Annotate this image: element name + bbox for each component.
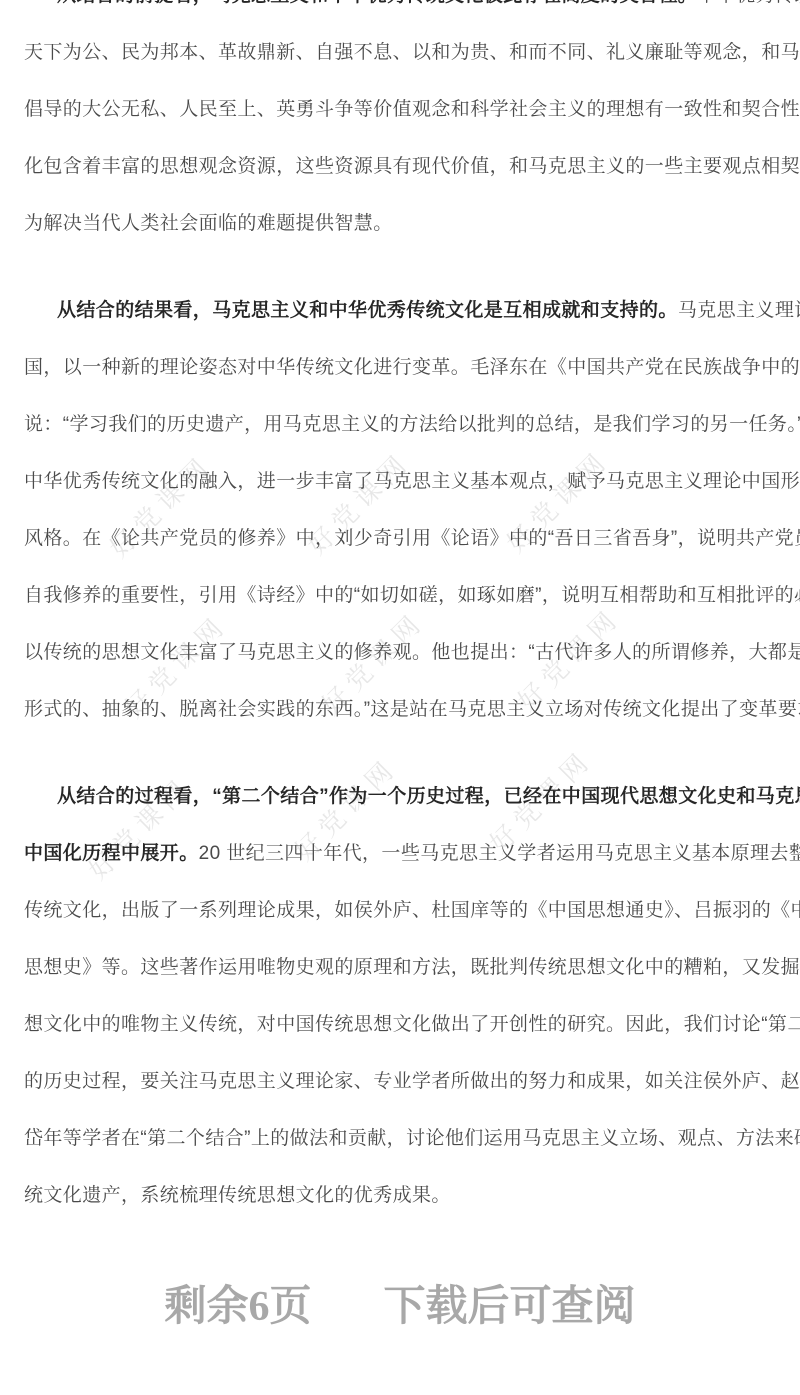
document-body: 从结合的前提看，马克思主义和中华优秀传统文化彼此存在高度的契合性。中华优秀传统文… [24, 0, 776, 1335]
paragraph-2: 从结合的结果看，马克思主义和中华优秀传统文化是互相成就和支持的。马克思主义理论传… [24, 282, 776, 738]
text-segment: 想文化中的唯物主义传统，对中国传统思想文化做出了开创性的研究。因此，我们讨论“第… [24, 1014, 800, 1035]
text-segment: 20 世纪三四十年代，一些马克思主义学者运用马克思主义基本原理去整理研究 [199, 843, 800, 864]
bold-text-segment: 从结合的结果看，马克思主义和中华优秀传统文化是互相成就和支持的。 [57, 300, 678, 321]
text-line: 形式的、抽象的、脱离社会实践的东西。”这是站在马克思主义立场对传统文化提出了变革… [24, 681, 776, 738]
remaining-pages-banner: 剩余6页下载后可查阅 [24, 1279, 776, 1335]
text-segment: 说：“学习我们的历史遗产，用马克思主义的方法给以批判的总结，是我们学习的另一任务… [24, 414, 800, 435]
text-line: 国，以一种新的理论姿态对中华传统文化进行变革。毛泽东在《中国共产党在民族战争中的… [24, 339, 776, 396]
text-line: 思想史》等。这些著作运用唯物史观的原理和方法，既批判传统思想文化中的糟粕，又发掘… [24, 939, 776, 996]
text-line: 化包含着丰富的思想观念资源，这些资源具有现代价值，和马克思主义的一些主要观点相契… [24, 138, 776, 195]
text-segment: 国，以一种新的理论姿态对中华传统文化进行变革。毛泽东在《中国共产党在民族战争中的… [24, 357, 800, 378]
text-segment: 传统文化，出版了一系列理论成果，如侯外庐、杜国庠等的《中国思想通史》、吕振羽的《… [24, 900, 800, 921]
text-segment: 风格。在《论共产党员的修养》中，刘少奇引用《论语》中的“吾日三省吾身”，说明共产… [24, 528, 800, 549]
bold-text-segment: 从结合的过程看，“第二个结合”作为一个历史过程，已经在中国现代思想文化史和马克思… [57, 786, 800, 807]
text-segment: 化包含着丰富的思想观念资源，这些资源具有现代价值，和马克思主义的一些主要观点相契… [24, 156, 800, 177]
text-line: 想文化中的唯物主义传统，对中国传统思想文化做出了开创性的研究。因此，我们讨论“第… [24, 996, 776, 1053]
text-line: 传统文化，出版了一系列理论成果，如侯外庐、杜国庠等的《中国思想通史》、吕振羽的《… [24, 882, 776, 939]
text-line: 自我修养的重要性，引用《诗经》中的“如切如磋，如琢如磨”，说明互相帮助和互相批评… [24, 567, 776, 624]
text-segment: 思想史》等。这些著作运用唯物史观的原理和方法，既批判传统思想文化中的糟粕，又发掘… [24, 957, 800, 978]
remaining-pages-label: 剩余6页 [164, 1284, 311, 1330]
text-line: 的历史过程，要关注马克思主义理论家、专业学者所做出的努力和成果，如关注侯外庐、赵… [24, 1053, 776, 1110]
text-segment: 天下为公、民为邦本、革故鼎新、自强不息、以和为贵、和而不同、礼义廉耻等观念，和马… [24, 42, 800, 63]
text-segment: 岱年等学者在“第二个结合”上的做法和贡献，讨论他们运用马克思主义立场、观点、方法… [24, 1128, 800, 1149]
bold-text-segment: 从结合的前提看，马克思主义和中华优秀传统文化彼此存在高度的契合性。 [57, 0, 697, 6]
text-segment: 中华优秀传统文化的融入，进一步丰富了马克思主义基本观点，赋予马克思主义理论中国形… [24, 471, 800, 492]
text-segment: 的历史过程，要关注马克思主义理论家、专业学者所做出的努力和成果，如关注侯外庐、赵… [24, 1071, 800, 1092]
text-line: 中华优秀传统文化的融入，进一步丰富了马克思主义基本观点，赋予马克思主义理论中国形… [24, 453, 776, 510]
clipped-text-line: 从结合的前提看，马克思主义和中华优秀传统文化彼此存在高度的契合性。中华优秀传统文… [24, 0, 776, 24]
text-segment: 以传统的思想文化丰富了马克思主义的修养观。他也提出：“古代许多人的所谓修养，大都… [24, 642, 800, 663]
text-line: 风格。在《论共产党员的修养》中，刘少奇引用《论语》中的“吾日三省吾身”，说明共产… [24, 510, 776, 567]
text-segment: 为解决当代人类社会面临的难题提供智慧。 [24, 213, 393, 234]
download-hint-label: 下载后可查阅 [384, 1284, 636, 1330]
text-line: 天下为公、民为邦本、革故鼎新、自强不息、以和为贵、和而不同、礼义廉耻等观念，和马… [24, 24, 776, 81]
text-line: 倡导的大公无私、人民至上、英勇斗争等价值观念和科学社会主义的理想有一致性和契合性… [24, 81, 776, 138]
text-line: 从结合的过程看，“第二个结合”作为一个历史过程，已经在中国现代思想文化史和马克思… [24, 768, 776, 825]
text-segment: 形式的、抽象的、脱离社会实践的东西。”这是站在马克思主义立场对传统文化提出了变革… [24, 699, 800, 720]
text-segment: 马克思主义理论传入中 [678, 300, 800, 321]
text-line: 岱年等学者在“第二个结合”上的做法和贡献，讨论他们运用马克思主义立场、观点、方法… [24, 1110, 776, 1167]
bold-text-segment: 中国化历程中展开。 [24, 843, 199, 864]
text-segment: 倡导的大公无私、人民至上、英勇斗争等价值观念和科学社会主义的理想有一致性和契合性… [24, 99, 800, 120]
text-line: 从结合的结果看，马克思主义和中华优秀传统文化是互相成就和支持的。马克思主义理论传… [24, 282, 776, 339]
paragraph-1: 从结合的前提看，马克思主义和中华优秀传统文化彼此存在高度的契合性。中华优秀传统文… [24, 0, 776, 252]
text-line: 为解决当代人类社会面临的难题提供智慧。 [24, 195, 776, 252]
text-line: 说：“学习我们的历史遗产，用马克思主义的方法给以批判的总结，是我们学习的另一任务… [24, 396, 776, 453]
text-segment: 中华优秀传统文化的 [697, 0, 800, 6]
text-line: 以传统的思想文化丰富了马克思主义的修养观。他也提出：“古代许多人的所谓修养，大都… [24, 624, 776, 681]
paragraph-3: 从结合的过程看，“第二个结合”作为一个历史过程，已经在中国现代思想文化史和马克思… [24, 768, 776, 1224]
text-segment: 自我修养的重要性，引用《诗经》中的“如切如磋，如琢如磨”，说明互相帮助和互相批评… [24, 585, 800, 606]
text-segment: 统文化遗产，系统梳理传统思想文化的优秀成果。 [24, 1185, 451, 1206]
document-page: 好党课网好党课网好党课网好党课网好党课网好党课网好党课网好党课网好党课网 从结合… [0, 0, 800, 1395]
text-line: 中国化历程中展开。20 世纪三四十年代，一些马克思主义学者运用马克思主义基本原理… [24, 825, 776, 882]
text-line: 统文化遗产，系统梳理传统思想文化的优秀成果。 [24, 1167, 776, 1224]
